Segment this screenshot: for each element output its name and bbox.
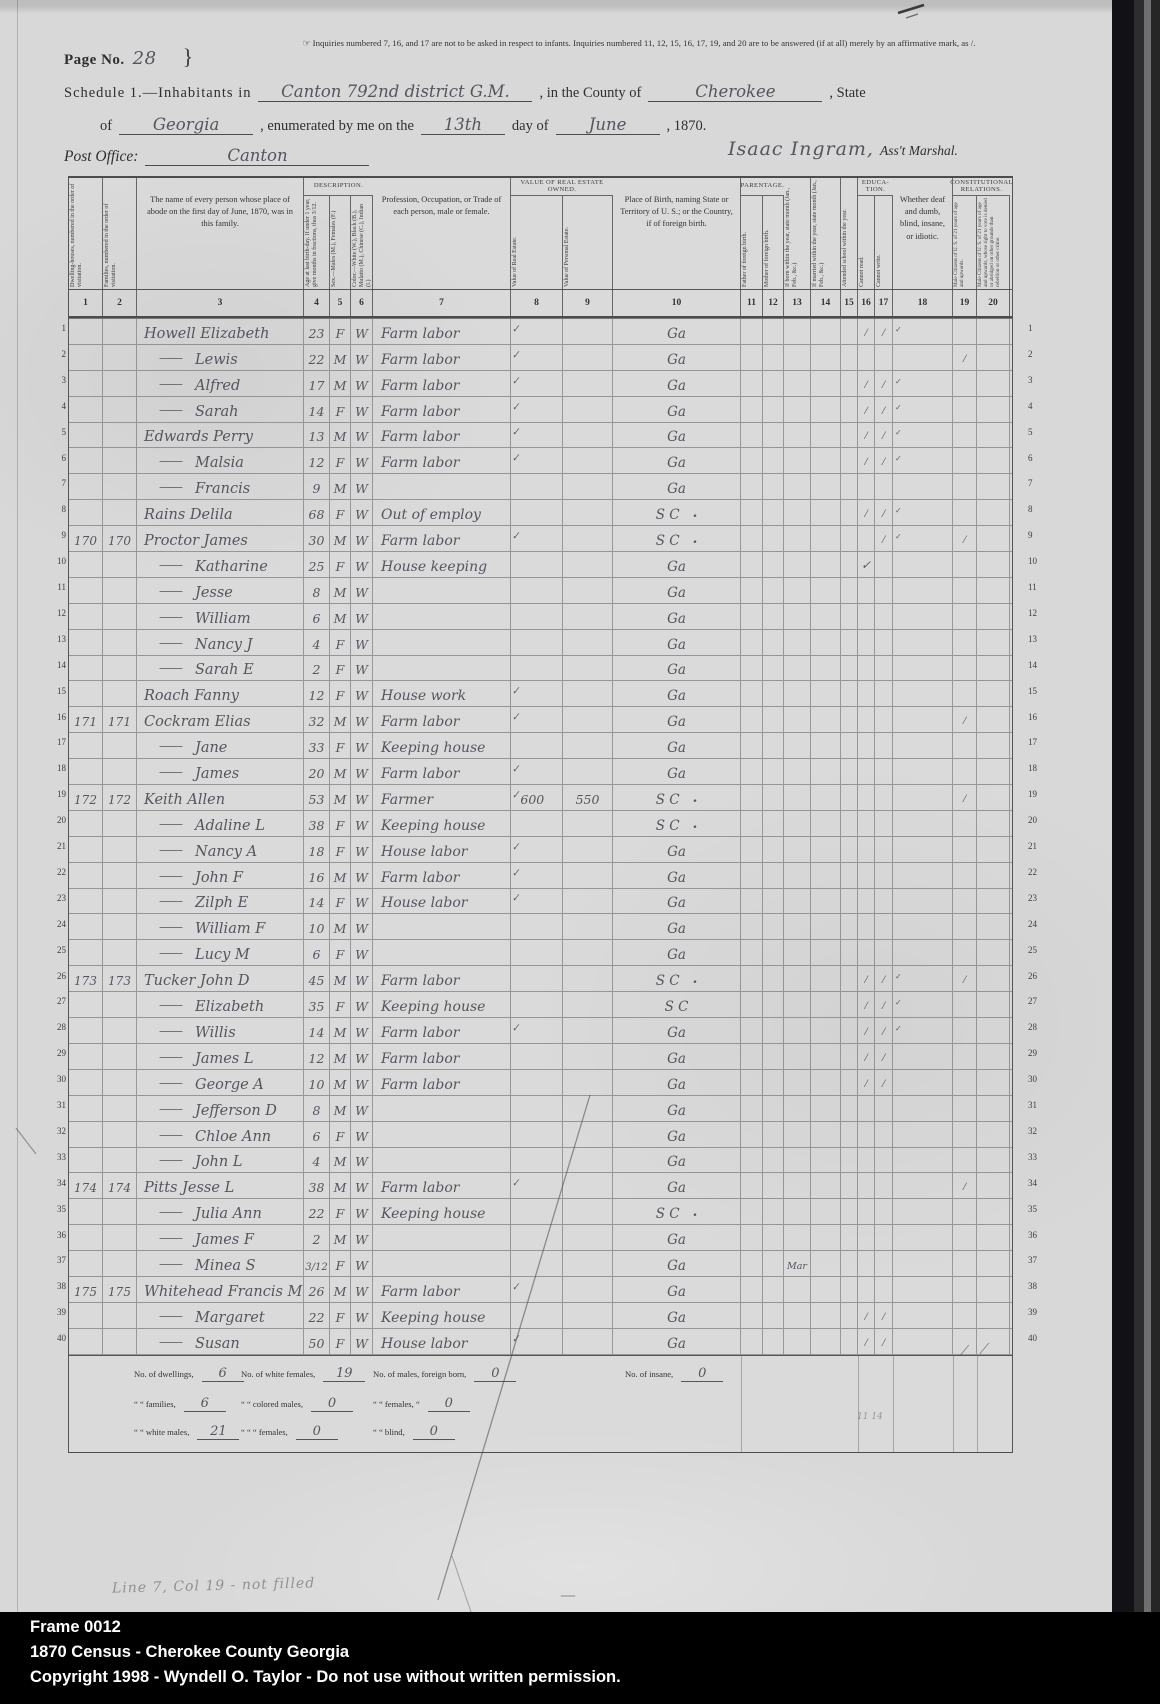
table-row: 172172Keith Allen53MWFarmer✓600550S C./	[69, 785, 1012, 811]
cell-cannot-write	[875, 1096, 893, 1121]
person-name: Sarah	[195, 404, 239, 422]
cell-vote-denied	[977, 578, 1010, 603]
table-row: ——Lewis22MWFarm labor✓Ga/	[69, 345, 1012, 371]
cell-sex: F	[330, 1251, 351, 1276]
ditto-dash: ——	[159, 1102, 181, 1121]
column-heading-text: If married within the year, state month …	[811, 178, 827, 289]
cell-personal-estate	[563, 397, 613, 422]
cell-family-number	[103, 630, 137, 655]
cell-cannot-read: /	[858, 1070, 875, 1095]
cell-cannot-write	[875, 681, 893, 706]
bottom-handwritten-note: Line 7, Col 19 - not filled	[112, 1575, 316, 1596]
person-name: Susan	[195, 1336, 240, 1354]
cell-attended-school	[841, 863, 858, 888]
cell-attended-school	[841, 811, 858, 836]
cell-born-month	[784, 500, 811, 525]
cell-vote-denied	[977, 345, 1010, 370]
cell-deaf-dumb	[893, 1122, 953, 1147]
row-number-left: 16	[46, 705, 66, 731]
cell-father-foreign	[741, 345, 763, 370]
cell-male-citizen	[953, 1251, 977, 1276]
cell-attended-school	[841, 345, 858, 370]
cell-color: W	[351, 966, 373, 991]
ditto-dash: ——	[159, 377, 181, 396]
brace-glyph: }	[183, 44, 194, 69]
cell-real-estate	[511, 992, 563, 1017]
cell-age: 26	[304, 1277, 330, 1302]
totals-item: No. of insane,0	[625, 1364, 723, 1382]
person-name: Katharine	[195, 559, 268, 577]
cell-vote-denied	[977, 785, 1010, 810]
cell-deaf-dumb: ✓	[893, 500, 953, 525]
row-number-left: 34	[46, 1171, 66, 1197]
cell-color: W	[351, 474, 373, 499]
table-row: 171171Cockram Elias32MWFarm labor✓Ga/	[69, 707, 1012, 733]
cell-sex: F	[330, 319, 351, 344]
cell-mother-foreign	[763, 889, 784, 914]
cell-name: Proctor James	[137, 526, 304, 551]
table-row: ——James20MWFarm labor✓Ga	[69, 759, 1012, 785]
ditto-dash: ——	[159, 610, 181, 629]
cell-family-number	[103, 1225, 137, 1250]
cell-married-month	[811, 681, 841, 706]
check-mark: ✓	[511, 841, 522, 859]
row-number-left: 8	[46, 497, 66, 523]
cell-vote-denied	[977, 656, 1010, 681]
cell-cannot-write	[875, 552, 893, 577]
post-office-label: Post Office:	[64, 148, 138, 165]
birthplace-text: Ga	[667, 947, 686, 963]
person-name: Zilph E	[195, 895, 248, 913]
cell-age: 68	[304, 500, 330, 525]
ditto-dash: ——	[159, 558, 181, 577]
cell-name: ——Elizabeth	[137, 992, 304, 1017]
cell-attended-school	[841, 1122, 858, 1147]
cell-married-month	[811, 656, 841, 681]
cell-color: W	[351, 681, 373, 706]
cell-father-foreign	[741, 448, 763, 473]
cell-father-foreign	[741, 656, 763, 681]
cell-name: ——Nancy A	[137, 837, 304, 862]
totals-value: 6	[184, 1396, 226, 1412]
totals-value: 0	[413, 1424, 455, 1440]
cell-dwelling-number	[69, 474, 103, 499]
cell-born-month	[784, 759, 811, 784]
cell-deaf-dumb	[893, 578, 953, 603]
cell-born-month	[784, 630, 811, 655]
column-header-17: Cannot write.	[875, 196, 893, 289]
cell-father-foreign	[741, 759, 763, 784]
schedule-lead: Schedule 1.—Inhabitants in	[64, 85, 251, 101]
cell-deaf-dumb: ✓	[893, 1018, 953, 1043]
row-number-left: 17	[46, 730, 66, 756]
schedule-line-2: ofGeorgia, enumerated by me on the13thda…	[100, 115, 706, 135]
cell-father-foreign	[741, 1148, 763, 1173]
birthplace-dot: .	[693, 790, 698, 808]
row-number-left: 38	[46, 1274, 66, 1300]
cell-birthplace: Ga	[613, 863, 741, 888]
birthplace-text: S C	[656, 1206, 680, 1222]
cell-color: W	[351, 1044, 373, 1069]
column-heading-text: Color.—White (W.), Black (B.), Mulatto (…	[351, 196, 373, 289]
column-heading-text: Place of Birth, naming State or Territor…	[613, 178, 740, 231]
totals-value: 0	[428, 1396, 470, 1412]
cell-color: W	[351, 889, 373, 914]
cell-personal-estate	[563, 863, 613, 888]
cell-mother-foreign	[763, 863, 784, 888]
cell-color: W	[351, 1122, 373, 1147]
cell-personal-estate: 550	[563, 785, 613, 810]
cell-occupation: Farmer	[373, 785, 511, 810]
cannot-read-mark: ✓	[861, 558, 871, 577]
cell-color: W	[351, 345, 373, 370]
cell-mother-foreign	[763, 1122, 784, 1147]
cell-vote-denied	[977, 1148, 1010, 1173]
cell-color: W	[351, 992, 373, 1017]
cell-sex: F	[330, 630, 351, 655]
cell-occupation: Farm labor	[373, 863, 511, 888]
cell-name: ——Chloe Ann	[137, 1122, 304, 1147]
cell-deaf-dumb: ✓	[893, 423, 953, 448]
cell-married-month	[811, 759, 841, 784]
cell-married-month	[811, 345, 841, 370]
cell-real-estate	[511, 578, 563, 603]
cell-male-citizen	[953, 552, 977, 577]
cell-male-citizen: /	[953, 526, 977, 551]
cell-dwelling-number	[69, 1122, 103, 1147]
cell-real-estate	[511, 914, 563, 939]
cell-sex: M	[330, 1277, 351, 1302]
cell-cannot-read	[858, 1148, 875, 1173]
cell-mother-foreign	[763, 1303, 784, 1328]
totals-label: “ “ blind,	[373, 1427, 405, 1437]
row-number-left: 30	[46, 1067, 66, 1093]
ditto-dash: ——	[159, 998, 181, 1017]
cell-attended-school	[841, 604, 858, 629]
cell-occupation: Farm labor	[373, 371, 511, 396]
cell-deaf-dumb	[893, 630, 953, 655]
person-name: Alfred	[195, 378, 240, 396]
cell-attended-school	[841, 1070, 858, 1095]
column-heading-text: Dwelling-houses, numbered in the order o…	[69, 178, 85, 289]
cell-father-foreign	[741, 1251, 763, 1276]
column-header-9: Value of Personal Estate.	[563, 196, 613, 289]
cannot-read-mark: /	[864, 1024, 867, 1043]
ditto-dash: ——	[159, 843, 181, 862]
birthplace-text: Ga	[667, 1310, 686, 1326]
row-number-right: 3	[1025, 368, 1048, 394]
cell-cannot-read	[858, 837, 875, 862]
cell-deaf-dumb	[893, 940, 953, 965]
row-number-right: 35	[1025, 1197, 1048, 1223]
cell-personal-estate	[563, 656, 613, 681]
person-name: Lewis	[195, 352, 238, 370]
cell-occupation: Farm labor	[373, 966, 511, 991]
cell-married-month	[811, 1329, 841, 1354]
row-number-right: 28	[1025, 1015, 1048, 1041]
cannot-read-mark: /	[864, 1309, 867, 1328]
row-number-right: 7	[1025, 471, 1048, 497]
cell-sex: M	[330, 707, 351, 732]
cell-occupation: Keeping house	[373, 733, 511, 758]
check-mark: ✓	[511, 712, 522, 730]
cell-age: 20	[304, 759, 330, 784]
cell-father-foreign	[741, 681, 763, 706]
cell-personal-estate	[563, 1199, 613, 1224]
cell-mother-foreign	[763, 1199, 784, 1224]
birthplace-text: S C	[656, 973, 680, 989]
county-fillin: Cherokee	[648, 82, 822, 102]
cell-mother-foreign	[763, 1329, 784, 1354]
column-heading-text: Mother of foreign birth.	[763, 196, 772, 289]
row-number-right: 40	[1025, 1326, 1048, 1352]
cell-born-month	[784, 1148, 811, 1173]
cell-male-citizen	[953, 656, 977, 681]
cell-birthplace: Ga	[613, 630, 741, 655]
cell-born-month	[784, 966, 811, 991]
cell-personal-estate	[563, 371, 613, 396]
cell-real-estate: ✓	[511, 448, 563, 473]
cannot-write-mark: /	[882, 377, 885, 396]
cell-color: W	[351, 1303, 373, 1328]
cell-married-month	[811, 1225, 841, 1250]
cell-cannot-write: /	[875, 371, 893, 396]
row-number-left: 1	[46, 316, 66, 342]
row-number-left: 11	[46, 575, 66, 601]
birthplace-text: Ga	[667, 662, 686, 678]
cell-sex: M	[330, 785, 351, 810]
cell-born-month	[784, 1329, 811, 1354]
cell-vote-denied	[977, 759, 1010, 784]
cell-cannot-read	[858, 785, 875, 810]
table-row: ——Zilph E14FWHouse labor✓Ga	[69, 889, 1012, 915]
cell-cannot-write: /	[875, 448, 893, 473]
row-number-right: 32	[1025, 1119, 1048, 1145]
cell-born-month	[784, 992, 811, 1017]
cell-birthplace: S C.	[613, 1199, 741, 1224]
cell-father-foreign	[741, 733, 763, 758]
cell-deaf-dumb: ✓	[893, 992, 953, 1017]
totals-item: “ “ “ females,0	[241, 1422, 338, 1440]
cell-attended-school	[841, 1251, 858, 1276]
row-number-right: 12	[1025, 601, 1048, 627]
cell-father-foreign	[741, 966, 763, 991]
person-name: Whitehead Francis M	[144, 1284, 302, 1302]
cell-personal-estate	[563, 552, 613, 577]
ditto-dash: ——	[159, 351, 181, 370]
birthplace-text: Ga	[667, 455, 686, 471]
cell-family-number	[103, 889, 137, 914]
cell-dwelling-number	[69, 578, 103, 603]
cell-deaf-dumb: ✓	[893, 371, 953, 396]
ditto-dash: ——	[159, 1309, 181, 1328]
birthplace-dot: .	[693, 1204, 698, 1222]
cell-name: ——Sarah E	[137, 656, 304, 681]
cell-male-citizen	[953, 1122, 977, 1147]
header-unit: Place of Birth, naming State or Territor…	[613, 178, 741, 289]
cell-sex: M	[330, 371, 351, 396]
cell-real-estate	[511, 500, 563, 525]
cell-family-number: 173	[103, 966, 137, 991]
cell-sex: M	[330, 1173, 351, 1198]
cell-born-month: Mar	[784, 1251, 811, 1276]
person-name: Julia Ann	[195, 1206, 262, 1224]
cell-cannot-read: /	[858, 1044, 875, 1069]
cell-age: 9	[304, 474, 330, 499]
cell-cannot-write	[875, 656, 893, 681]
column-number: 12	[763, 290, 784, 316]
person-name: Adaline L	[195, 818, 265, 836]
cell-mother-foreign	[763, 578, 784, 603]
cell-family-number	[103, 1122, 137, 1147]
person-name: Jefferson D	[195, 1103, 277, 1121]
cell-name: Howell Elizabeth	[137, 319, 304, 344]
table-row: Edwards Perry13MWFarm labor✓Ga//✓	[69, 423, 1012, 449]
cell-father-foreign	[741, 785, 763, 810]
cell-born-month	[784, 889, 811, 914]
cell-attended-school	[841, 940, 858, 965]
group-columns: Cannot read.Cannot write.	[858, 196, 893, 289]
column-number: 19	[953, 290, 977, 316]
cell-vote-denied	[977, 992, 1010, 1017]
cell-birthplace: Ga	[613, 707, 741, 732]
cell-real-estate: ✓	[511, 319, 563, 344]
cell-born-month	[784, 837, 811, 862]
cell-occupation	[373, 1225, 511, 1250]
cell-color: W	[351, 552, 373, 577]
birthplace-dot: .	[693, 816, 698, 834]
cell-dwelling-number	[69, 500, 103, 525]
ditto-dash: ——	[159, 636, 181, 655]
small-tick-mark: ✓	[895, 998, 902, 1017]
cell-age: 32	[304, 707, 330, 732]
cell-father-foreign	[741, 1173, 763, 1198]
cell-deaf-dumb	[893, 474, 953, 499]
cell-dwelling-number	[69, 1044, 103, 1069]
cell-birthplace: S C.	[613, 966, 741, 991]
cell-real-estate	[511, 811, 563, 836]
cell-attended-school	[841, 397, 858, 422]
table-row: ——Jesse8MWGa	[69, 578, 1012, 604]
column-heading-text: Profession, Occupation, or Trade of each…	[373, 178, 510, 218]
cell-deaf-dumb	[893, 656, 953, 681]
cell-dwelling-number	[69, 448, 103, 473]
cell-father-foreign	[741, 914, 763, 939]
cell-sex: F	[330, 681, 351, 706]
column-header-2: Families, numbered in the order of visit…	[103, 178, 137, 289]
birthplace-text: S C	[656, 533, 680, 549]
cannot-write-mark: /	[882, 1335, 885, 1354]
cell-cannot-write: /	[875, 397, 893, 422]
column-header-15: Attended school within the year.	[841, 178, 858, 289]
totals-value: 19	[323, 1366, 365, 1382]
cell-age: 10	[304, 1070, 330, 1095]
row-number-left: 21	[46, 834, 66, 860]
cell-personal-estate	[563, 1070, 613, 1095]
totals-grid-line	[893, 1356, 894, 1452]
birthplace-text: Ga	[667, 611, 686, 627]
cell-name: ——Julia Ann	[137, 1199, 304, 1224]
cell-dwelling-number	[69, 1251, 103, 1276]
cell-vote-denied	[977, 319, 1010, 344]
cell-personal-estate	[563, 992, 613, 1017]
cell-male-citizen: /	[953, 1173, 977, 1198]
cell-cannot-write: /	[875, 500, 893, 525]
cell-color: W	[351, 1018, 373, 1043]
cell-color: W	[351, 1173, 373, 1198]
row-number-left: 4	[46, 394, 66, 420]
cell-birthplace: Ga	[613, 578, 741, 603]
cell-born-month	[784, 940, 811, 965]
cell-married-month	[811, 837, 841, 862]
cell-birthplace: Ga	[613, 1070, 741, 1095]
cannot-read-mark: /	[864, 1335, 867, 1354]
cell-father-foreign	[741, 1303, 763, 1328]
cell-vote-denied	[977, 1018, 1010, 1043]
cell-personal-estate	[563, 811, 613, 836]
cell-cannot-read	[858, 1096, 875, 1121]
cell-family-number	[103, 319, 137, 344]
cell-family-number	[103, 397, 137, 422]
ditto-dash: ——	[159, 584, 181, 603]
cell-father-foreign	[741, 371, 763, 396]
cell-born-month	[784, 1044, 811, 1069]
cell-male-citizen	[953, 604, 977, 629]
cell-dwelling-number	[69, 397, 103, 422]
cell-father-foreign	[741, 1199, 763, 1224]
cell-real-estate: ✓	[511, 707, 563, 732]
birthplace-text: Ga	[667, 585, 686, 601]
cell-vote-denied	[977, 733, 1010, 758]
cell-age: 14	[304, 397, 330, 422]
row-number-left: 20	[46, 808, 66, 834]
cell-occupation: Farm labor	[373, 707, 511, 732]
cell-deaf-dumb	[893, 863, 953, 888]
instructions-note: ☞ Inquiries numbered 7, 16, and 17 are n…	[248, 38, 1030, 50]
birthplace-text: Ga	[667, 714, 686, 730]
cell-age: 45	[304, 966, 330, 991]
cell-occupation: House work	[373, 681, 511, 706]
birthplace-text: Ga	[667, 766, 686, 782]
cell-personal-estate	[563, 966, 613, 991]
column-heading-text: If born within the year, state month (Ja…	[784, 178, 800, 289]
column-heading-text: Value of Personal Estate.	[563, 196, 572, 289]
row-number-right: 33	[1025, 1145, 1048, 1171]
cell-dwelling-number	[69, 940, 103, 965]
cell-male-citizen	[953, 1070, 977, 1095]
totals-label: “ “ “ females,	[241, 1427, 288, 1437]
cell-real-estate	[511, 1225, 563, 1250]
cell-dwelling-number	[69, 1096, 103, 1121]
small-tick-mark: ✓	[895, 428, 902, 447]
person-name: Nancy J	[195, 637, 252, 655]
cell-real-estate: ✓	[511, 1277, 563, 1302]
row-number-right: 30	[1025, 1067, 1048, 1093]
cell-sex: M	[330, 1148, 351, 1173]
ditto-dash: ——	[159, 403, 181, 422]
cell-family-number	[103, 474, 137, 499]
cell-personal-estate	[563, 1044, 613, 1069]
cell-cannot-write	[875, 1277, 893, 1302]
cell-dwelling-number: 170	[69, 526, 103, 551]
cell-family-number	[103, 1070, 137, 1095]
cell-cannot-write	[875, 759, 893, 784]
row-number-left: 35	[46, 1197, 66, 1223]
row-number-right: 8	[1025, 497, 1048, 523]
row-number-left: 6	[46, 446, 66, 472]
person-name: Nancy A	[195, 844, 257, 862]
cell-name: ——Nancy J	[137, 630, 304, 655]
